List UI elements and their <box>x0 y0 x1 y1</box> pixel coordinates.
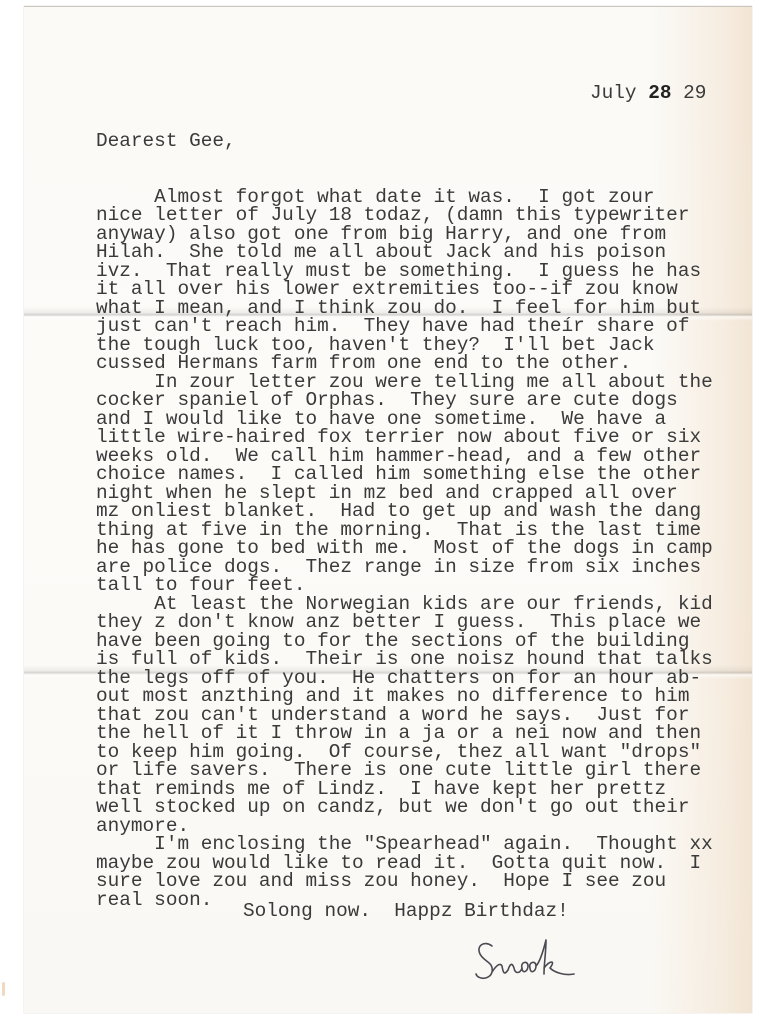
letter-closing: Solong now. Happz Birthdaz! <box>243 902 569 921</box>
letter-line: out most anzthing and it makes no differ… <box>96 687 713 706</box>
letter-line: tall to four feet. <box>96 576 713 595</box>
letter-line: Hilah. She told me all about Jack and hi… <box>96 243 713 262</box>
letter-body: Dearest Gee, Almost forgot what date it … <box>96 95 713 946</box>
paper-stain <box>2 982 5 996</box>
letter-line: it all over his lower extremities too--i… <box>96 280 713 299</box>
body-lines: Almost forgot what date it was. I got zo… <box>96 188 713 910</box>
letter-line: is full of kids. Their is one noisz houn… <box>96 650 713 669</box>
handwritten-signature: Snook <box>470 932 590 992</box>
letter-line: nice letter of July 18 todaz, (damn this… <box>96 206 713 225</box>
letter-line: mz onliest blanket. Had to get up and wa… <box>96 502 713 521</box>
letter-line: cussed Hermans farm from one end to the … <box>96 354 713 373</box>
letter-line: well stocked up on candz, but we don't g… <box>96 798 713 817</box>
letter-line: or life savers. There is one cute little… <box>96 761 713 780</box>
scanned-page: July 28 29 Dearest Gee, Almost forgot wh… <box>0 0 758 1024</box>
letter-line: I'm enclosing the "Spearhead" again. Tho… <box>96 835 713 854</box>
letter-line: cocker spaniel of Orphas. They sure are … <box>96 391 713 410</box>
letter-line: just can't reach him. They have had theí… <box>96 317 713 336</box>
letter-line: they z don't know anz better I guess. Th… <box>96 613 713 632</box>
letter-line: sure love zou and miss zou honey. Hope I… <box>96 872 713 891</box>
letter-line: he has gone to bed with me. Most of the … <box>96 539 713 558</box>
salutation: Dearest Gee, <box>96 132 713 151</box>
letter-line: little wire-haired fox terrier now about… <box>96 428 713 447</box>
letter-line: the hell of it I throw in a ja or a nei … <box>96 724 713 743</box>
letter-line: choice names. I called him something els… <box>96 465 713 484</box>
